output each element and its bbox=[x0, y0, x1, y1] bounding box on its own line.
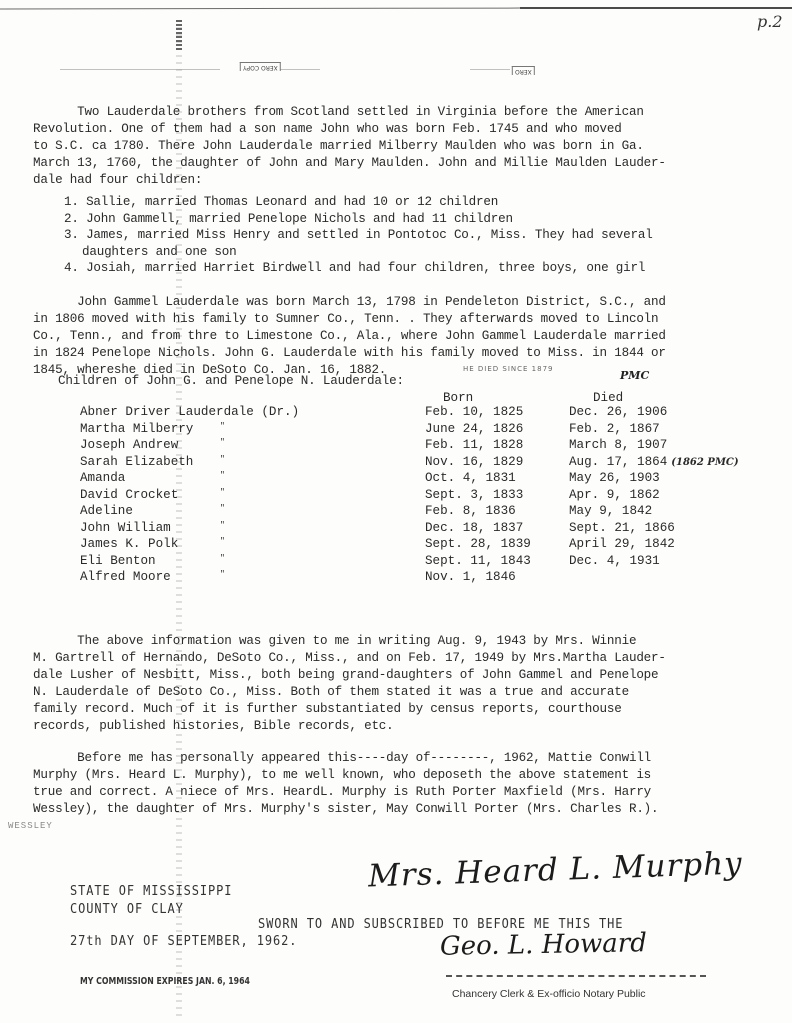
died-dates-column: Dec. 26, 1906Feb. 2, 1867March 8, 1907Au… bbox=[569, 405, 739, 587]
column-header-died: Died bbox=[593, 391, 623, 405]
child-name: John William" bbox=[80, 521, 299, 538]
notary-signature: Geo. L. Howard bbox=[440, 928, 647, 962]
paragraph-john-gammel: John Gammel Lauderdale was born March 13… bbox=[33, 294, 666, 379]
died-date: May 9, 1842 bbox=[569, 504, 739, 521]
text-line: Two Lauderdale brothers from Scotland se… bbox=[33, 104, 666, 121]
child-name-text: David Crocket bbox=[80, 488, 178, 502]
child-name-text: James K. Polk bbox=[80, 537, 178, 551]
list-item: 2. John Gammell, married Penelope Nichol… bbox=[64, 211, 653, 228]
born-date: Feb. 10, 1825 bbox=[425, 405, 531, 422]
child-name-text: Abner Driver Lauderdale (Dr.) bbox=[80, 405, 299, 419]
handwritten-correction: (1862 PMC) bbox=[671, 457, 738, 468]
born-date: Dec. 18, 1837 bbox=[425, 521, 531, 538]
paragraph-origins: Two Lauderdale brothers from Scotland se… bbox=[33, 104, 666, 189]
died-date: Apr. 9, 1862 bbox=[569, 488, 739, 505]
xero-copy-stamp: XERO COPY bbox=[240, 62, 281, 71]
died-date: April 29, 1842 bbox=[569, 537, 739, 554]
commission-expiry: MY COMMISSION EXPIRES JAN. 6, 1964 bbox=[80, 976, 250, 987]
born-date: Nov. 16, 1829 bbox=[425, 455, 531, 472]
died-date bbox=[569, 570, 739, 587]
text-line: true and correct. A niece of Mrs. HeardL… bbox=[33, 784, 658, 801]
handwritten-initials: PMC bbox=[620, 369, 649, 382]
died-date-text: Dec. 26, 1906 bbox=[569, 405, 667, 419]
copy-artifact-line bbox=[60, 69, 220, 70]
list-item: 4. Josiah, married Harriet Birdwell and … bbox=[64, 260, 653, 277]
child-name: David Crocket" bbox=[80, 488, 299, 505]
ditto-mark: " bbox=[220, 504, 225, 513]
child-name: Alfred Moore" bbox=[80, 570, 299, 587]
text-line: M. Gartrell of Hernando, DeSoto Co., Mis… bbox=[33, 650, 666, 667]
born-date: Feb. 11, 1828 bbox=[425, 438, 531, 455]
text-line: The above information was given to me in… bbox=[33, 633, 666, 650]
paragraph-affidavit: Before me has personally appeared this--… bbox=[33, 750, 658, 818]
died-date-text: Feb. 2, 1867 bbox=[569, 422, 660, 436]
child-name: Abner Driver Lauderdale (Dr.) bbox=[80, 405, 299, 422]
text-line: records, published histories, Bible reco… bbox=[33, 718, 666, 735]
document-page: XERO COPY XERO p.2 Two Lauderdale brothe… bbox=[0, 0, 792, 1023]
affiant-signature: Mrs. Heard L. Murphy bbox=[367, 845, 743, 894]
ditto-mark: " bbox=[220, 488, 225, 497]
ditto-mark: " bbox=[220, 438, 225, 447]
born-date: Sept. 3, 1833 bbox=[425, 488, 531, 505]
notary-date: 27th DAY OF SEPTEMBER, 1962. bbox=[70, 934, 297, 949]
child-name-text: John William bbox=[80, 521, 171, 535]
child-name: Joseph Andrew" bbox=[80, 438, 299, 455]
signature-line bbox=[446, 975, 706, 977]
born-date: Nov. 1, 1846 bbox=[425, 570, 531, 587]
died-date: Dec. 4, 1931 bbox=[569, 554, 739, 571]
child-name: Eli Benton" bbox=[80, 554, 299, 571]
died-date-text: Apr. 9, 1862 bbox=[569, 488, 660, 502]
notary-state: STATE OF MISSISSIPPI bbox=[70, 884, 232, 899]
page-top-edge bbox=[0, 8, 520, 10]
born-date: June 24, 1826 bbox=[425, 422, 531, 439]
list-item: 3. James, married Miss Henry and settled… bbox=[64, 227, 653, 244]
fold-crease-mark bbox=[176, 20, 182, 50]
ditto-mark: " bbox=[220, 570, 225, 579]
child-name-text: Alfred Moore bbox=[80, 570, 171, 584]
died-date-text: Sept. 21, 1866 bbox=[569, 521, 675, 535]
died-date-text: May 26, 1903 bbox=[569, 471, 660, 485]
text-line: family record. Much of it is further sub… bbox=[33, 701, 666, 718]
copy-artifact-line bbox=[280, 69, 320, 70]
born-date: Sept. 11, 1843 bbox=[425, 554, 531, 571]
copy-artifact-line bbox=[470, 69, 510, 70]
born-dates-column: Feb. 10, 1825June 24, 1826Feb. 11, 1828N… bbox=[425, 405, 531, 587]
notary-county: COUNTY OF CLAY bbox=[70, 902, 184, 917]
handwritten-note: HE DIED SINCE 1879 bbox=[463, 365, 554, 373]
died-date: March 8, 1907 bbox=[569, 438, 739, 455]
child-name-text: Amanda bbox=[80, 471, 125, 485]
page-number-mark: p.2 bbox=[757, 12, 783, 31]
ditto-mark: " bbox=[220, 537, 225, 546]
column-header-born: Born bbox=[443, 391, 473, 405]
died-date: Dec. 26, 1906 bbox=[569, 405, 739, 422]
born-date: Feb. 8, 1836 bbox=[425, 504, 531, 521]
text-line: Co., Tenn., and from thre to Limestone C… bbox=[33, 328, 666, 345]
child-name: James K. Polk" bbox=[80, 537, 299, 554]
died-date-text: Dec. 4, 1931 bbox=[569, 554, 660, 568]
ditto-mark: " bbox=[220, 471, 225, 480]
children-names-column: Abner Driver Lauderdale (Dr.)Martha Milb… bbox=[80, 405, 299, 587]
ditto-mark: " bbox=[220, 521, 225, 530]
text-line: Murphy (Mrs. Heard L. Murphy), to me wel… bbox=[33, 767, 658, 784]
list-item-continuation: daughters and one son bbox=[64, 244, 653, 261]
text-line: March 13, 1760, the daughter of John and… bbox=[33, 155, 666, 172]
children-of-john-list: 1. Sallie, married Thomas Leonard and ha… bbox=[64, 194, 653, 277]
text-line: to S.C. ca 1780. There John Lauderdale m… bbox=[33, 138, 666, 155]
ditto-mark: " bbox=[220, 554, 225, 563]
notary-title: Chancery Clerk & Ex-officio Notary Publi… bbox=[452, 988, 646, 1000]
stray-copy-text: WESSLEY bbox=[8, 821, 53, 831]
child-name-text: Joseph Andrew bbox=[80, 438, 178, 452]
child-name-text: Sarah Elizabeth bbox=[80, 455, 193, 469]
xero-stamp: XERO bbox=[512, 66, 535, 75]
died-date: Aug. 17, 1864(1862 PMC) bbox=[569, 455, 739, 472]
died-date-text: March 8, 1907 bbox=[569, 438, 667, 452]
child-name: Amanda" bbox=[80, 471, 299, 488]
child-name: Martha Milberry" bbox=[80, 422, 299, 439]
child-name: Adeline" bbox=[80, 504, 299, 521]
text-line: Revolution. One of them had a son name J… bbox=[33, 121, 666, 138]
text-line: Before me has personally appeared this--… bbox=[33, 750, 658, 767]
died-date-text: May 9, 1842 bbox=[569, 504, 652, 518]
text-line: dale Lusher of Nesbitt, Miss., both bein… bbox=[33, 667, 666, 684]
died-date: Sept. 21, 1866 bbox=[569, 521, 739, 538]
died-date: May 26, 1903 bbox=[569, 471, 739, 488]
text-line: in 1824 Penelope Nichols. John G. Lauder… bbox=[33, 345, 666, 362]
died-date: Feb. 2, 1867 bbox=[569, 422, 739, 439]
born-date: Sept. 28, 1839 bbox=[425, 537, 531, 554]
text-line: N. Lauderdale of DeSoto Co., Miss. Both … bbox=[33, 684, 666, 701]
child-name-text: Eli Benton bbox=[80, 554, 156, 568]
list-item: 1. Sallie, married Thomas Leonard and ha… bbox=[64, 194, 653, 211]
text-line: dale had four children: bbox=[33, 172, 666, 189]
ditto-mark: " bbox=[220, 422, 225, 431]
text-line: John Gammel Lauderdale was born March 13… bbox=[33, 294, 666, 311]
paragraph-sources: The above information was given to me in… bbox=[33, 633, 666, 735]
text-line: Wessley), the daughter of Mrs. Murphy's … bbox=[33, 801, 658, 818]
page-top-edge bbox=[520, 7, 792, 9]
child-name-text: Martha Milberry bbox=[80, 422, 193, 436]
children-heading: Children of John G. and Penelope N. Laud… bbox=[58, 373, 404, 390]
born-date: Oct. 4, 1831 bbox=[425, 471, 531, 488]
text-line: in 1806 moved with his family to Sumner … bbox=[33, 311, 666, 328]
ditto-mark: " bbox=[220, 455, 225, 464]
died-date-text: Aug. 17, 1864 bbox=[569, 455, 667, 469]
child-name: Sarah Elizabeth" bbox=[80, 455, 299, 472]
child-name-text: Adeline bbox=[80, 504, 133, 518]
died-date-text: April 29, 1842 bbox=[569, 537, 675, 551]
